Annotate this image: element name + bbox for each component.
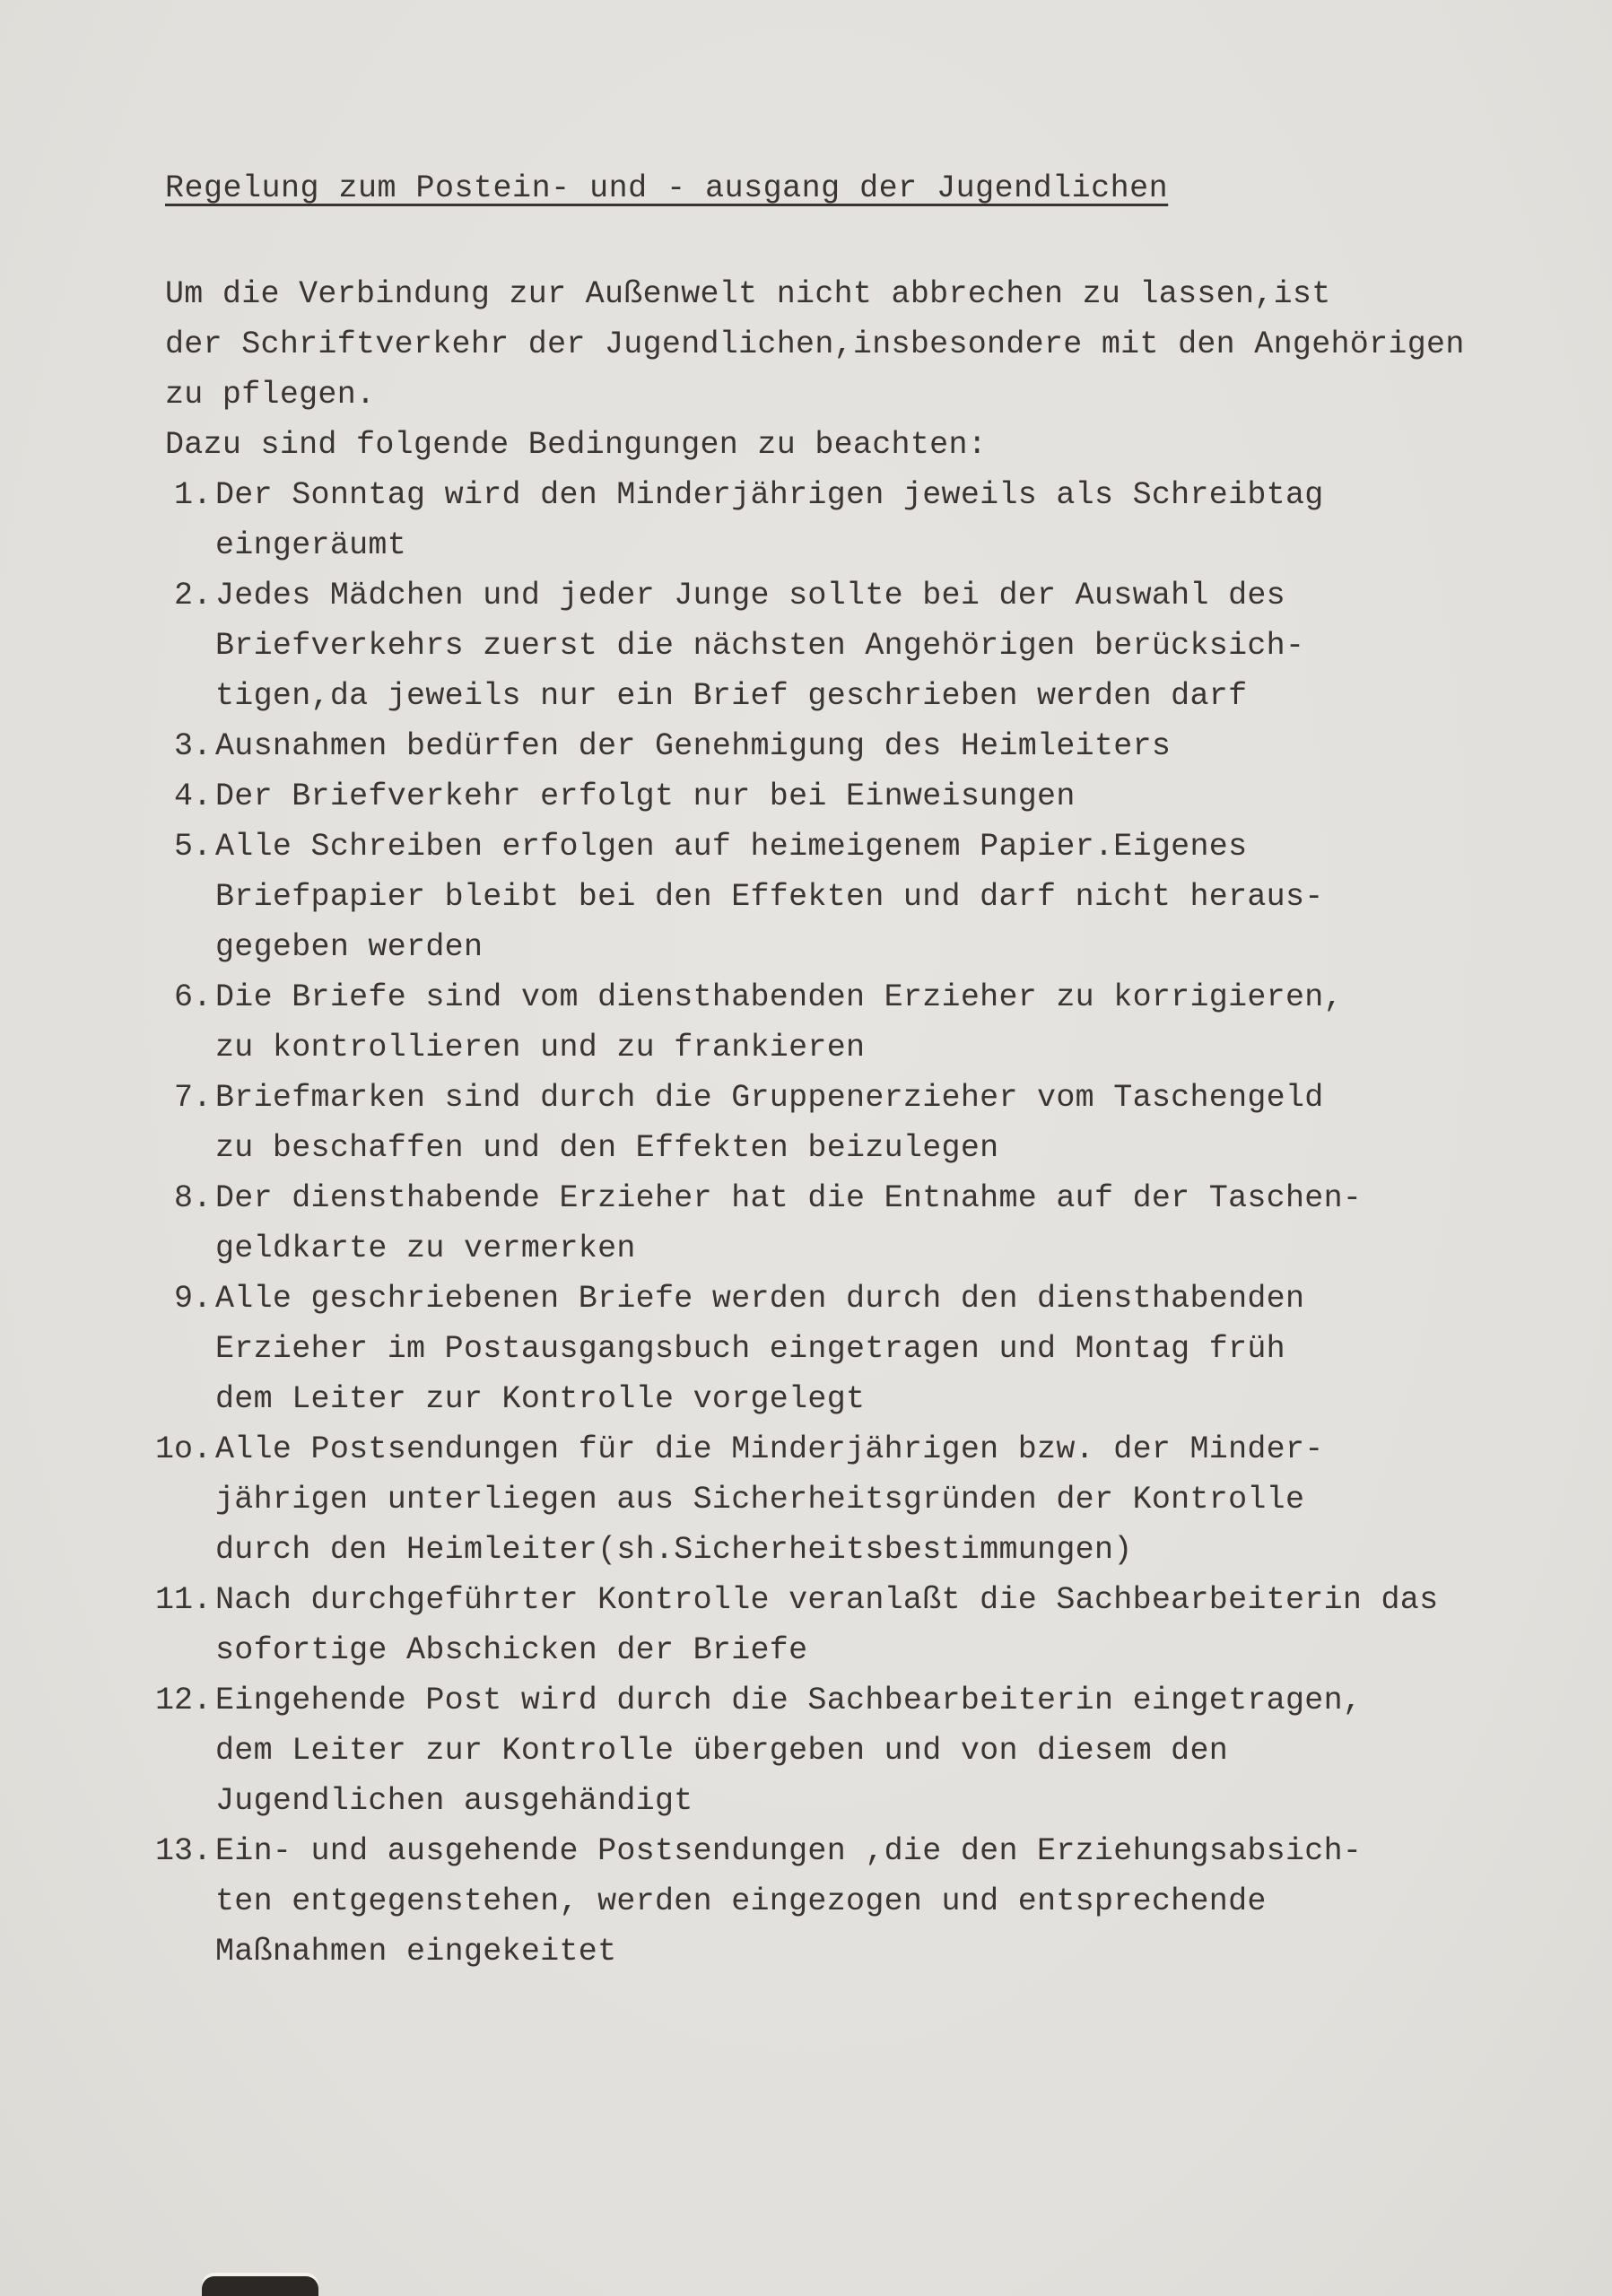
item-number: 2. bbox=[174, 570, 212, 621]
item-number: 13. bbox=[155, 1826, 212, 1876]
item-number: 1o. bbox=[155, 1424, 212, 1474]
list-item-4: 4. Der Briefverkehr erfolgt nur bei Einw… bbox=[135, 771, 1570, 822]
list-item-10: 1o. Alle Postsendungen für die Minderjäh… bbox=[135, 1424, 1570, 1575]
item-line: gegeben werden bbox=[215, 922, 1570, 972]
item-line: zu kontrollieren und zu frankieren bbox=[215, 1022, 1570, 1073]
list-item-5: 5. Alle Schreiben erfolgen auf heimeigen… bbox=[135, 822, 1570, 972]
conditions-lead-in: Dazu sind folgende Bedingungen zu beacht… bbox=[165, 420, 1465, 470]
list-item-7: 7. Briefmarken sind durch die Gruppenerz… bbox=[135, 1073, 1570, 1173]
item-line: Alle geschriebenen Briefe werden durch d… bbox=[215, 1274, 1570, 1324]
list-item-12: 12. Eingehende Post wird durch die Sachb… bbox=[135, 1675, 1570, 1826]
item-line: Der Sonntag wird den Minderjährigen jewe… bbox=[215, 470, 1570, 520]
item-line: Die Briefe sind vom diensthabenden Erzie… bbox=[215, 972, 1570, 1022]
item-number: 5. bbox=[174, 822, 212, 872]
item-line: zu beschaffen und den Effekten beizulege… bbox=[215, 1123, 1570, 1173]
item-number: 7. bbox=[174, 1073, 212, 1123]
item-number: 12. bbox=[155, 1675, 212, 1726]
item-line: Briefverkehrs zuerst die nächsten Angehö… bbox=[215, 621, 1570, 671]
item-line: Der Briefverkehr erfolgt nur bei Einweis… bbox=[215, 771, 1570, 822]
item-line: dem Leiter zur Kontrolle übergeben und v… bbox=[215, 1726, 1570, 1776]
item-line: Ein- und ausgehende Postsendungen ,die d… bbox=[215, 1826, 1570, 1876]
scanner-clip-mark bbox=[202, 2276, 318, 2296]
list-item-2: 2. Jedes Mädchen und jeder Junge sollte … bbox=[135, 570, 1570, 721]
item-line: durch den Heimleiter(sh.Sicherheitsbesti… bbox=[215, 1525, 1570, 1575]
list-item-13: 13. Ein- und ausgehende Postsendungen ,d… bbox=[135, 1826, 1570, 1977]
item-line: dem Leiter zur Kontrolle vorgelegt bbox=[215, 1374, 1570, 1424]
item-number: 8. bbox=[174, 1173, 212, 1223]
list-item-3: 3. Ausnahmen bedürfen der Genehmigung de… bbox=[135, 721, 1570, 771]
item-number: 1. bbox=[174, 470, 212, 520]
item-line: Alle Postsendungen für die Minderjährige… bbox=[215, 1424, 1570, 1474]
item-line: Ausnahmen bedürfen der Genehmigung des H… bbox=[215, 721, 1570, 771]
item-line: Briefpapier bleibt bei den Effekten und … bbox=[215, 872, 1570, 922]
item-line: Der diensthabende Erzieher hat die Entna… bbox=[215, 1173, 1570, 1223]
typewritten-page: Regelung zum Postein- und - ausgang der … bbox=[0, 0, 1612, 2296]
item-line: Jedes Mädchen und jeder Junge sollte bei… bbox=[215, 570, 1570, 621]
intro-paragraph: Um die Verbindung zur Außenwelt nicht ab… bbox=[165, 269, 1465, 470]
item-number: 11. bbox=[155, 1575, 212, 1625]
item-line: Erzieher im Postausgangsbuch eingetragen… bbox=[215, 1324, 1570, 1374]
item-number: 4. bbox=[174, 771, 212, 822]
item-number: 6. bbox=[174, 972, 212, 1022]
intro-line: zu pflegen. bbox=[165, 370, 1465, 420]
intro-line: der Schriftverkehr der Jugendlichen,insb… bbox=[165, 319, 1465, 370]
item-line: Jugendlichen ausgehändigt bbox=[215, 1776, 1570, 1826]
item-line: Nach durchgeführter Kontrolle veranlaßt … bbox=[215, 1575, 1570, 1625]
list-item-9: 9. Alle geschriebenen Briefe werden durc… bbox=[135, 1274, 1570, 1424]
item-line: Eingehende Post wird durch die Sachbearb… bbox=[215, 1675, 1570, 1726]
item-line: eingeräumt bbox=[215, 520, 1570, 570]
item-line: jährigen unterliegen aus Sicherheitsgrün… bbox=[215, 1474, 1570, 1525]
item-line: Briefmarken sind durch die Gruppenerzieh… bbox=[215, 1073, 1570, 1123]
item-line: geldkarte zu vermerken bbox=[215, 1223, 1570, 1274]
list-item-1: 1. Der Sonntag wird den Minderjährigen j… bbox=[135, 470, 1570, 570]
list-item-8: 8. Der diensthabende Erzieher hat die En… bbox=[135, 1173, 1570, 1274]
item-number: 3. bbox=[174, 721, 212, 771]
item-line: tigen,da jeweils nur ein Brief geschrieb… bbox=[215, 671, 1570, 721]
item-number: 9. bbox=[174, 1274, 212, 1324]
list-item-11: 11. Nach durchgeführter Kontrolle veranl… bbox=[135, 1575, 1570, 1675]
conditions-list: 1. Der Sonntag wird den Minderjährigen j… bbox=[135, 470, 1570, 1977]
document-title: Regelung zum Postein- und - ausgang der … bbox=[165, 170, 1168, 206]
item-line: sofortige Abschicken der Briefe bbox=[215, 1625, 1570, 1675]
item-line: Alle Schreiben erfolgen auf heimeigenem … bbox=[215, 822, 1570, 872]
item-line: ten entgegenstehen, werden eingezogen un… bbox=[215, 1876, 1570, 1926]
list-item-6: 6. Die Briefe sind vom diensthabenden Er… bbox=[135, 972, 1570, 1073]
item-line: Maßnahmen eingekeitet bbox=[215, 1926, 1570, 1977]
intro-line: Um die Verbindung zur Außenwelt nicht ab… bbox=[165, 269, 1465, 319]
